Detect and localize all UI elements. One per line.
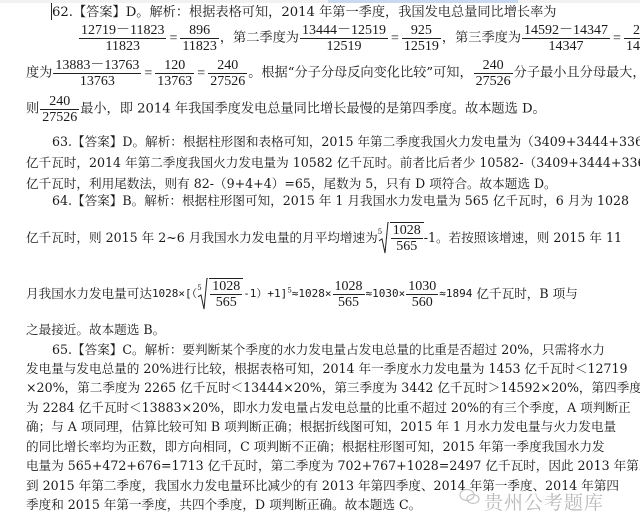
q65-line-1: 65.【答案】C。解析：要判断某个季度的水力发电量占发电总量的比重是否超过 20… xyxy=(52,342,605,358)
fraction: 24514347 xyxy=(624,23,640,54)
q64-line-2: 亿千瓦时，则 2015 年 2~6 月我国水力发电量的月平均增速为5102856… xyxy=(26,222,622,254)
q63-line-2: 亿千瓦时，2014 年第二季度我国火力发电量为 10582 亿千瓦时。前者比后者… xyxy=(26,155,640,171)
fraction: 92512519 xyxy=(402,23,441,54)
selection-highlight xyxy=(328,0,518,3)
wechat-icon xyxy=(459,488,481,506)
fraction: 12013763 xyxy=(155,58,194,89)
q65-line-9: 季度和 2015 年第一季度，共四个季度，D 项判断正确。故本题选 C。 xyxy=(26,497,421,513)
top-edge xyxy=(0,0,640,3)
q62-line-3: 度为13883－1376313763=12013763=24027526。根据“… xyxy=(26,58,640,89)
fraction: 89611823 xyxy=(180,23,218,54)
q64-line-1: 64.【答案】B。解析：根据柱形图可知，2015 年 1 月我国水力发电量为 5… xyxy=(52,193,629,209)
fraction: 12719－1182311823 xyxy=(79,23,166,54)
q65-line-7: 电量为 565+472+676=1713 亿千瓦时，第二季度为 702+767+… xyxy=(26,458,640,474)
fraction: 1028565 xyxy=(391,223,423,254)
q65-line-4: 为 2284 亿千瓦时＜13883×20%，即水力发电量占发电总量的比重不超过 … xyxy=(26,400,631,416)
watermark: 贵州公考题库 xyxy=(484,488,604,514)
fraction: 1028565 xyxy=(210,279,242,310)
fraction: 14592－1434714347 xyxy=(522,23,610,54)
q65-line-3: ×20%，第二季度为 2265 亿千瓦时＜13444×20%，第三季度为 344… xyxy=(26,380,640,396)
q64-line-3: 月我国水力发电量可达1028×[（51028565-1）+1]5≈1028×10… xyxy=(26,278,578,310)
fifth-root: 51028565 xyxy=(378,222,424,254)
q62-line-2: 12719－1182311823=89611823，第二季度为13444－125… xyxy=(78,23,640,54)
fraction: 13883－1376313763 xyxy=(53,58,141,89)
fifth-root: 51028565 xyxy=(197,278,243,310)
q63-line-3: 亿千瓦时，利用尾数法，则有 82-（9+4+4）=65，尾数为 5，只有 D 项… xyxy=(26,176,557,192)
q62-line-4: 则24027526最小，即 2014 年我国季度发电总量同比增长最慢的是第四季度… xyxy=(26,94,546,125)
q62-line-1: 62.【答案】D。解析：根据表格可知，2014 年第一季度，我国发电总量同比增长… xyxy=(52,5,556,21)
fraction: 1030560 xyxy=(406,279,438,310)
fraction: 13444－1251912519 xyxy=(300,23,388,54)
q63-line-1: 63.【答案】D。解析：根据柱形图和表格可知，2015 年第二季度我国火力发电量… xyxy=(52,134,640,150)
q65-line-2: 发电量与发电总量的 20%进行比较，根据表格可知，2014 年一季度水力发电量为… xyxy=(26,361,628,377)
q65-line-5: 确；与 A 项同理，估算比较可知 B 项判断正确；根据折线图可知，2015 年 … xyxy=(26,419,616,435)
fraction: 24027526 xyxy=(208,58,247,89)
fraction: 24027526 xyxy=(474,58,513,89)
fraction: 24027526 xyxy=(40,94,79,125)
q64-line-4: 之最接近。故本题选 B。 xyxy=(26,322,165,338)
fraction: 1028565 xyxy=(333,279,365,310)
q65-line-6: 的同比增长率均为正数，即方向相同，C 项判断不正确；根据柱形图可知，2015 年… xyxy=(26,439,605,455)
